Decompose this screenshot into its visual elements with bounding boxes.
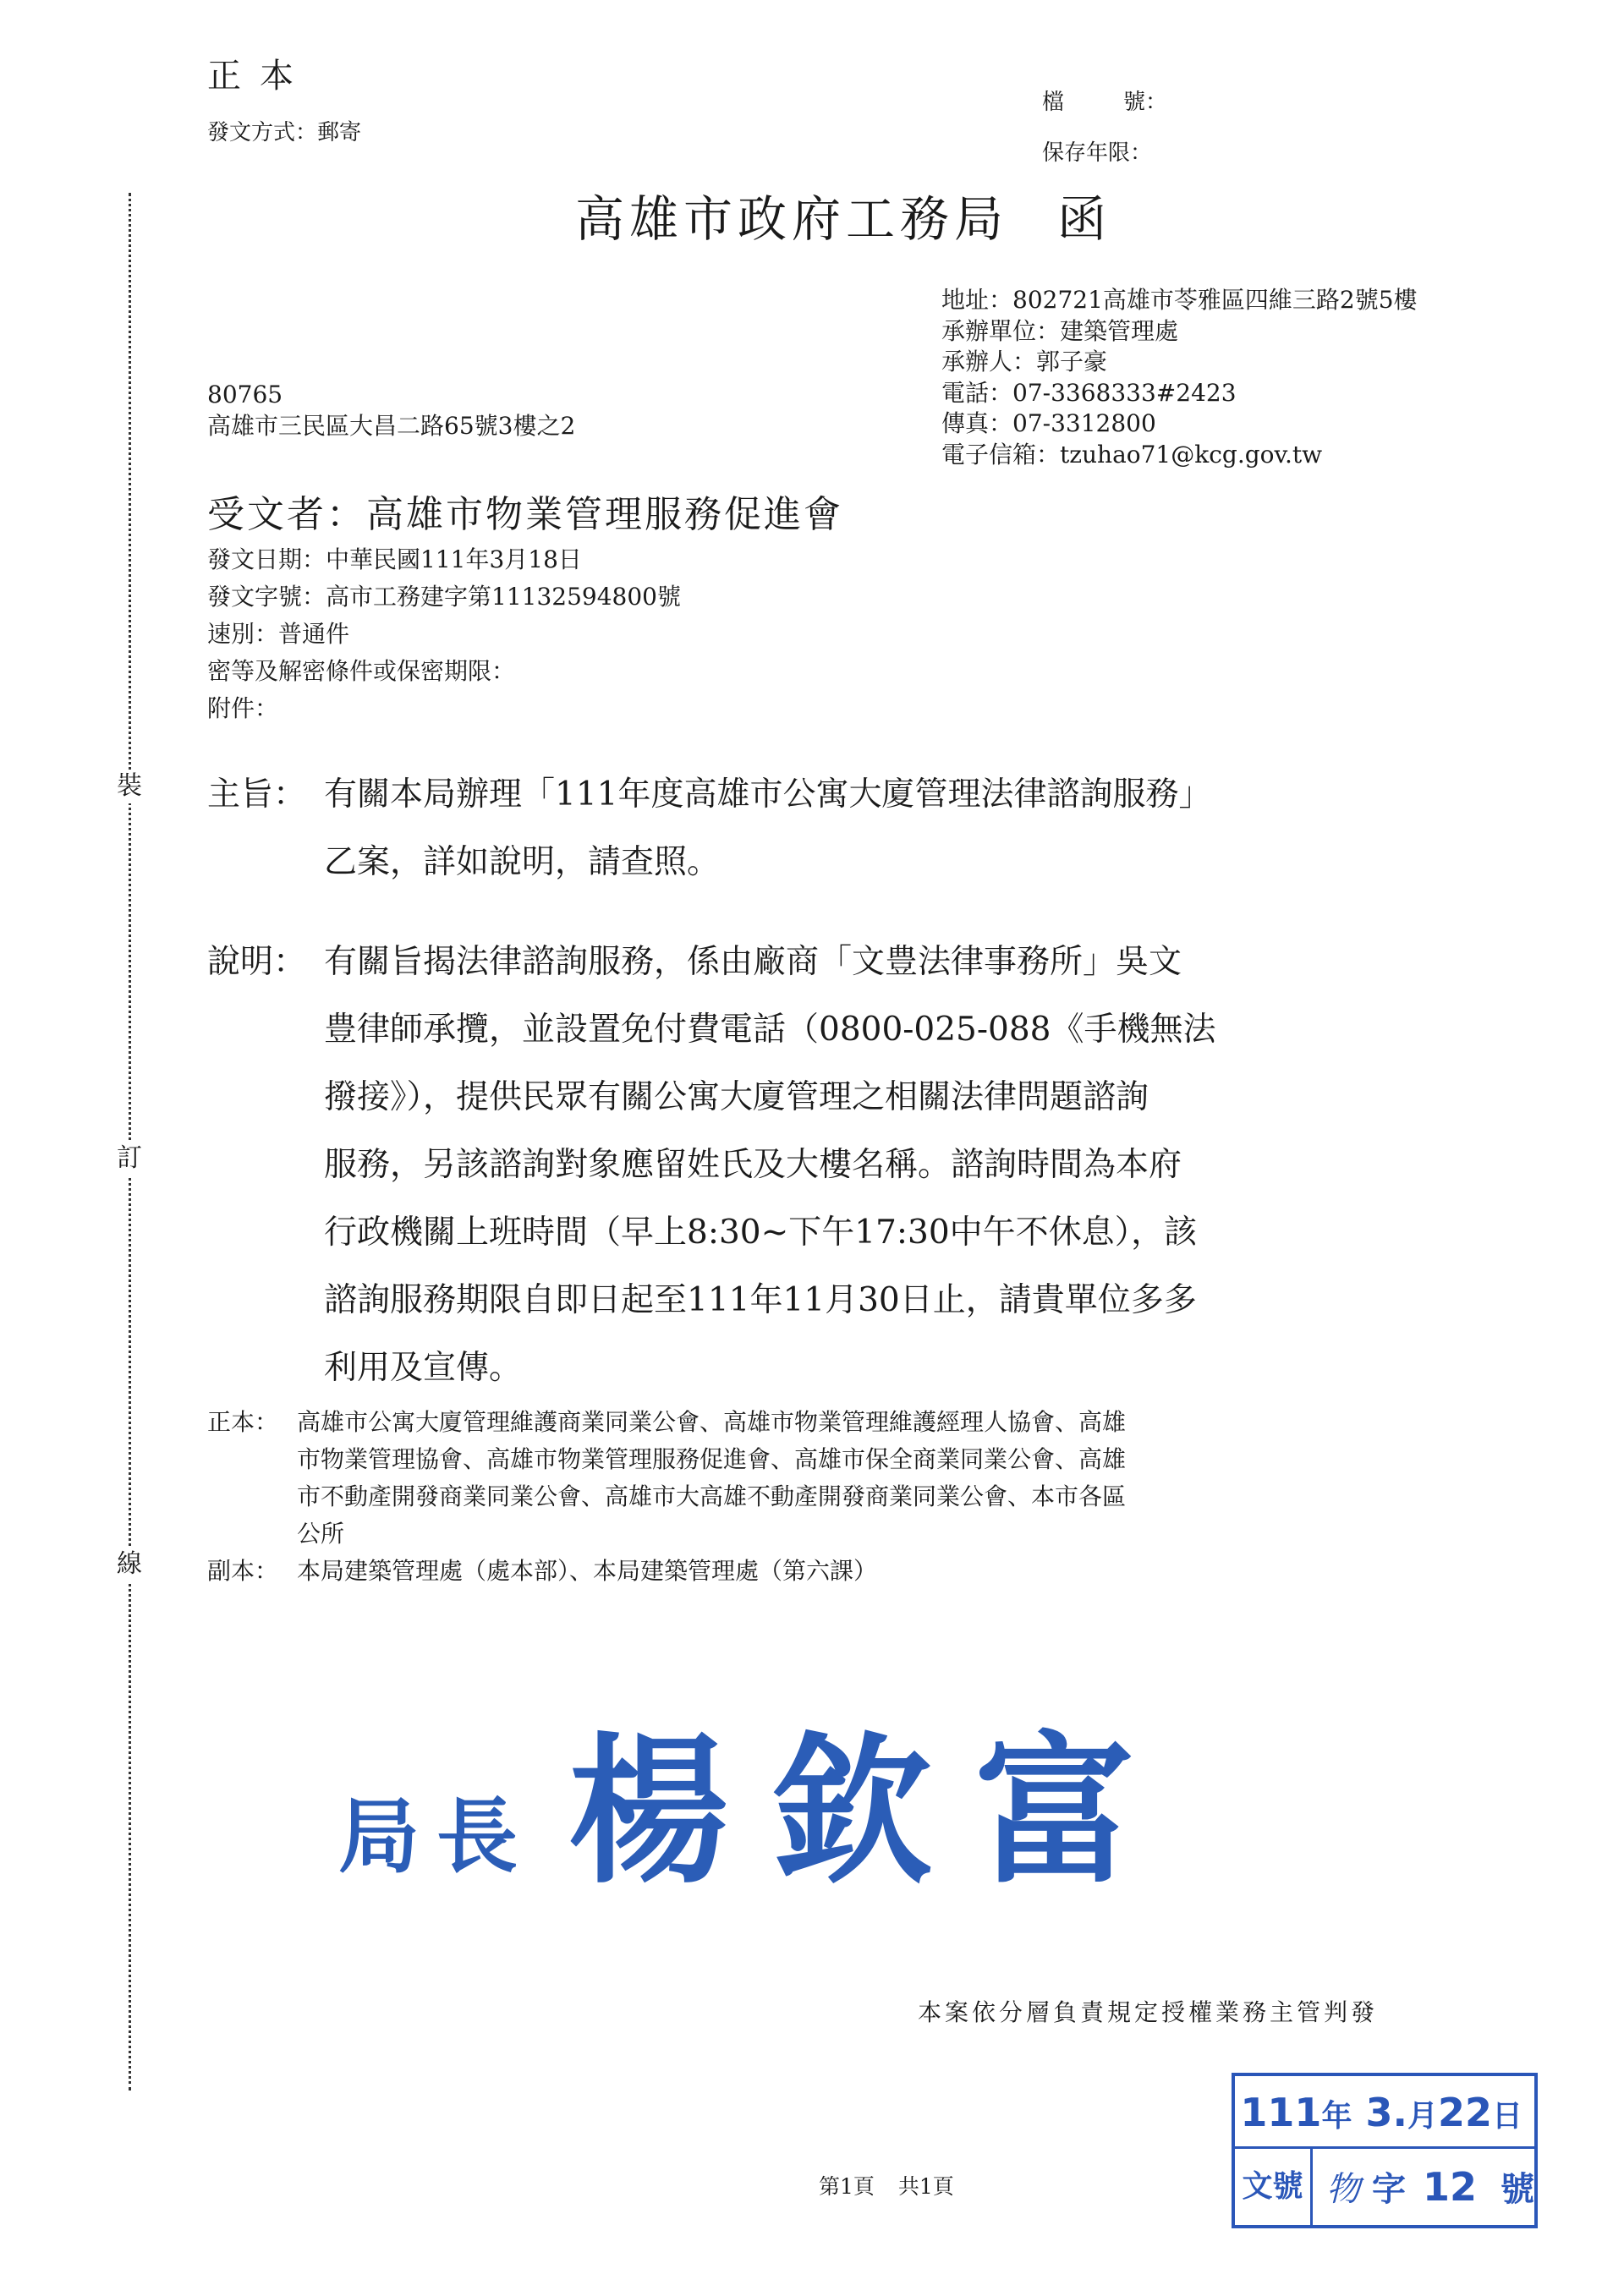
explanation-line: 有關旨揭法律諮詢服務，係由廠商「文豊法律事務所」吳文 (324, 929, 1624, 996)
sender-address: 地址：802721高雄市苓雅區四維三路2號5樓 (941, 285, 1418, 316)
receipt-stamp: 111年 3.月22日 文號 物字12號 (1232, 2073, 1538, 2228)
explanation-line: 諮詢服務期限自即日起至111年11月30日止，請貴單位多多 (324, 1267, 1624, 1334)
email-address: 電子信箱：tzuhao71@kcg.gov.tw (941, 440, 1418, 471)
file-number-label-a: 檔 (1042, 90, 1064, 115)
phone-number: 電話：07-3368333#2423 (941, 378, 1418, 409)
page-total: 共1頁 (898, 2174, 954, 2199)
binding-mark-zhuang: 裝 (115, 770, 144, 803)
classification: 密等及解密條件或保密期限： (207, 653, 681, 690)
subject-text: 有關本局辦理「111年度高雄市公寓大廈管理法律諮詢服務」 乙案，詳如說明，請查照… (324, 761, 1624, 896)
fax-number: 傳真：07-3312800 (941, 408, 1418, 440)
stamp-doc-label: 文號 (1235, 2149, 1313, 2225)
distribution-line: 本局建築管理處（處本部）、本局建築管理處（第六課） (297, 1553, 877, 1590)
receiver-address: 高雄市三民區大昌二路65號3樓之2 (207, 410, 575, 441)
explanation-line: 行政機關上班時間（早上8:30~下午17:30中午不休息），該 (324, 1199, 1624, 1267)
stamp-month: 3. (1365, 2090, 1407, 2135)
receiver-address-block: 80765 高雄市三民區大昌二路65號3樓之2 (207, 379, 575, 441)
document-meta: 發文日期：中華民國111年3月18日 發文字號：高市工務建字第111325948… (207, 541, 681, 727)
subject-line: 有關本局辦理「111年度高雄市公寓大廈管理法律諮詢服務」 (324, 761, 1624, 829)
stamp-doc-number: 物字12號 (1313, 2149, 1534, 2225)
binding-mark-ding: 訂 (115, 1142, 144, 1175)
distribution-line: 市不動產開發商業同業公會、高雄市大高雄不動產開發商業同業公會、本市各區 (297, 1478, 1126, 1515)
stamp-number-unit: 號 (1501, 2170, 1534, 2209)
stamp-day-unit: 日 (1492, 2099, 1522, 2134)
signature-name: 楊欽富 (568, 1683, 1177, 1914)
explanation-text: 有關旨揭法律諮詢服務，係由廠商「文豊法律事務所」吳文 豊律師承攬，並設置免付費電… (324, 929, 1624, 1402)
explanation-line: 服務，另該諮詢對象應留姓氏及大樓名稱。諮詢時間為本府 (324, 1132, 1624, 1199)
stamp-month-unit: 月 (1407, 2099, 1438, 2134)
distribution-main-label: 正本： (207, 1404, 278, 1441)
recipient: 受文者：高雄市物業管理服務促進會 (207, 484, 843, 538)
distribution-line: 公所 (297, 1515, 1126, 1553)
copy-type-label: 正本 (207, 49, 312, 97)
binding-mark-xian: 線 (115, 1548, 144, 1581)
stamp-year-unit: 年 (1321, 2099, 1352, 2134)
signature-seal: 局長楊欽富 (338, 1683, 1177, 1914)
document-type: 函 (1057, 190, 1111, 248)
stamp-word-char: 字 (1372, 2170, 1406, 2209)
agency-name: 高雄市政府工務局 (575, 190, 1008, 248)
receiver-postal-code: 80765 (207, 379, 575, 410)
stamp-year: 111 (1240, 2090, 1321, 2135)
explanation-line: 撥接》），提供民眾有關公寓大廈管理之相關法律問題諮詢 (324, 1064, 1624, 1132)
explanation-label: 說明： (207, 929, 306, 996)
stamp-number: 12 (1423, 2164, 1477, 2210)
send-method: 發文方式：郵寄 (207, 115, 361, 146)
issue-date: 發文日期：中華民國111年3月18日 (207, 541, 681, 578)
explanation-line: 豊律師承攬，並設置免付費電話（0800-025-088《手機無法 (324, 996, 1624, 1064)
handling-unit: 承辦單位：建築管理處 (941, 316, 1418, 348)
distribution-line: 高雄市公寓大廈管理維護商業同業公會、高雄市物業管理維護經理人協會、高雄 (297, 1404, 1126, 1441)
stamp-day: 22 (1438, 2090, 1492, 2135)
document-number: 發文字號：高市工務建字第11132594800號 (207, 578, 681, 616)
distribution-main-list: 高雄市公寓大廈管理維護商業同業公會、高雄市物業管理維護經理人協會、高雄 市物業管… (297, 1404, 1126, 1553)
subject-line: 乙案，詳如說明，請查照。 (324, 829, 1624, 896)
signature-title: 局長 (338, 1773, 535, 1888)
stamp-handwritten-char: 物 (1326, 2170, 1360, 2209)
page-footer: 第1頁共1頁 (819, 2170, 954, 2200)
priority: 速別：普通件 (207, 616, 681, 653)
retention-period-label: 保存年限： (1042, 135, 1152, 167)
file-number-label: 檔號： (1042, 85, 1167, 116)
handler-name: 承辦人：郭子豪 (941, 347, 1418, 378)
sender-contact-block: 地址：802721高雄市苓雅區四維三路2號5樓 承辦單位：建築管理處 承辦人：郭… (941, 285, 1418, 470)
stamp-date: 111年 3.月22日 (1235, 2076, 1534, 2149)
attachment: 附件： (207, 690, 681, 727)
delegation-note: 本案依分層負責規定授權業務主管判發 (918, 1994, 1378, 2028)
explanation-line: 利用及宣傳。 (324, 1334, 1624, 1402)
subject-label: 主旨： (207, 761, 306, 829)
page-number: 第1頁 (819, 2174, 875, 2199)
distribution-line: 市物業管理協會、高雄市物業管理服務促進會、高雄市保全商業同業公會、高雄 (297, 1441, 1126, 1478)
distribution-copy-list: 本局建築管理處（處本部）、本局建築管理處（第六課） (297, 1553, 877, 1590)
distribution-copy-label: 副本： (207, 1553, 278, 1590)
file-number-label-b: 號： (1123, 90, 1167, 115)
document-title: 高雄市政府工務局函 (575, 179, 1111, 250)
